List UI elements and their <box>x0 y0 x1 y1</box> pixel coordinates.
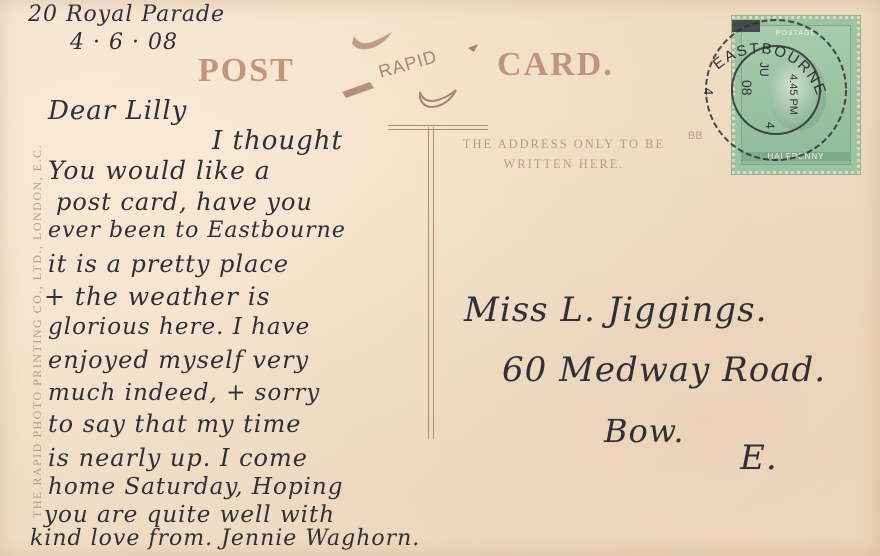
postmark-day: 4 <box>763 122 777 129</box>
message-line: it is a pretty place <box>48 250 289 278</box>
address-instruction-line1: THE ADDRESS ONLY TO BE <box>446 134 682 154</box>
message-line: glorious here. I have <box>48 314 310 340</box>
divider-horizontal <box>388 125 488 130</box>
message-line: home Saturday, Hoping <box>48 474 343 500</box>
message-line: you are quite well with <box>44 502 335 528</box>
divider-vertical <box>428 127 434 439</box>
message-line: Dear Lilly <box>48 96 187 126</box>
address-instruction: THE ADDRESS ONLY TO BE WRITTEN HERE. <box>446 134 682 174</box>
message-line: ever been to Eastbourne <box>48 218 346 243</box>
sender-address: 20 Royal Parade <box>28 2 225 27</box>
message-line: enjoyed myself very <box>48 346 309 374</box>
recipient-name: Miss L. Jiggings. <box>464 290 767 330</box>
message-line: post card, have you <box>56 188 313 216</box>
printer-imprint: THE RAPID PHOTO PRINTING CO., LTD., LOND… <box>30 144 45 518</box>
message-line: You would like a <box>48 156 271 185</box>
message-line: + the weather is <box>44 282 271 311</box>
postmark-time: 4.45 PM <box>787 74 799 115</box>
recipient-district: Bow. <box>604 412 685 450</box>
postcard-back: 20 Royal Parade 4 · 6 · 08 POST CARD. RA… <box>0 0 880 556</box>
message-line: kind love from. Jennie Waghorn. <box>30 526 420 551</box>
postmark-cancellation-icon: EASTBOURNE 4.45 PM JU 4 08 4 <box>690 12 850 172</box>
postmark-year: 08 <box>739 80 755 96</box>
sender-date: 4 · 6 · 08 <box>70 30 178 55</box>
message-line: I thought <box>212 126 343 156</box>
postmark-month: JU <box>757 62 771 77</box>
address-instruction-line2: WRITTEN HERE. <box>446 154 682 174</box>
recipient-street: 60 Medway Road. <box>502 350 826 390</box>
postmark-code: 4 <box>701 88 716 95</box>
card-heading: CARD. <box>497 46 614 84</box>
message-line: to say that my time <box>48 410 301 438</box>
message-line: much indeed, + sorry <box>48 380 320 406</box>
recipient-postal-district: E. <box>740 438 778 478</box>
message-line: is nearly up. I come <box>48 444 308 472</box>
post-heading: POST <box>198 52 295 90</box>
